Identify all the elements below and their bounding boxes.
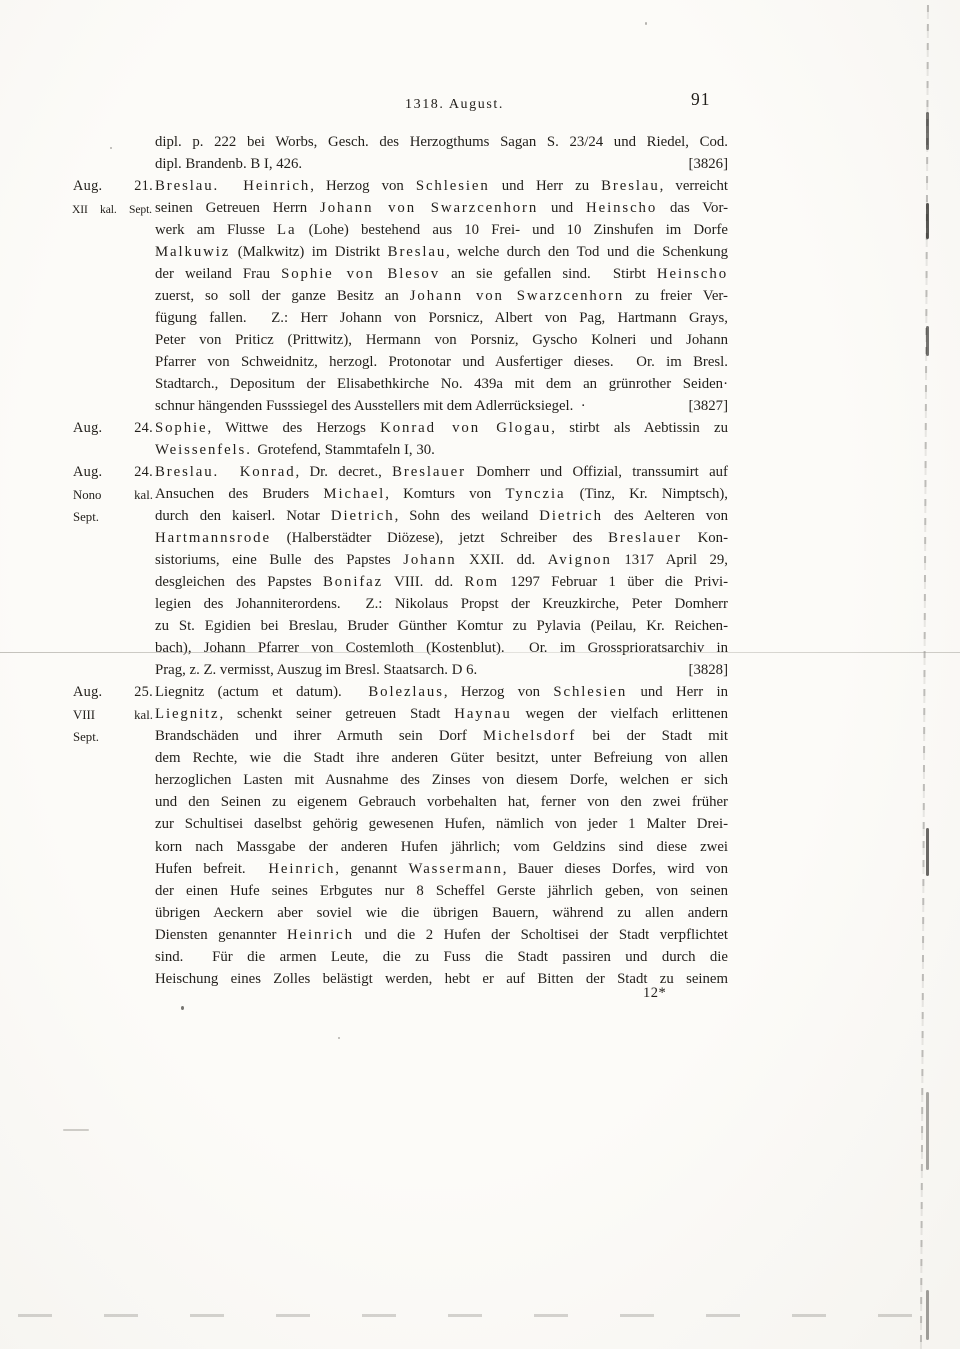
line-text: durch den kaiserl. Notar Dietrich, Sohn … [155,508,728,524]
text-line: sind. Für die armen Leute, die zu Fuss d… [155,946,728,968]
text-line: legien des Johanniterordens. Z.: Nikolau… [155,593,728,615]
letterspaced-name: Wassermann [409,861,503,877]
line-text: Breslau. Konrad, Dr. decret., Breslauer … [155,464,728,480]
line-text: dipl. p. 222 bei Worbs, Gesch. des Herzo… [155,134,728,150]
entry-ref-number: [3828] [681,659,728,681]
letterspaced-name: Haynau [454,706,511,722]
running-title: 1318. August. [168,97,741,113]
text-line: Aug. 21.Breslau. Heinrich, Herzog von Sc… [155,175,728,197]
letterspaced-name: Heinrich [287,927,354,943]
scan-artifact-speck [645,22,647,25]
text-line: Sept.Brandschäden und ihrer Armuth sein … [155,725,728,747]
text-line: dipl. Brandenb. B I, 426.[3826] [155,153,728,175]
text-line: Pfarrer von Schweidnitz, herzogl. Proton… [155,351,728,373]
letterspaced-name: La [277,222,296,238]
letterspaced-name: Heinscho [657,266,728,282]
letterspaced-name: Johann von Swarzcenhorn [410,288,624,304]
letterspaced-name: Rom [464,574,498,590]
letterspaced-name: Heinrich [243,178,310,194]
line-text: Prag, z. Z. vermisst, Auszug im Bresl. S… [155,659,477,681]
line-text: korn nach Massgabe der anderen Hufen jäh… [155,839,728,855]
line-text: Brandschäden und ihrer Armuth sein Dorf … [155,728,728,744]
text-line: Malkuwiz (Malkwitz) im Distrikt Breslau,… [155,241,728,263]
text-line: Peter von Priticz (Prittwitz), Hermann v… [155,329,728,351]
text-line: zur Schultisei daselbst gehörig gewesene… [155,813,728,835]
letterspaced-name: Heinrich [268,861,335,877]
text-line: Hufen befreit. Heinrich, genannt Wasserm… [155,858,728,880]
margin-date-label: Aug. 24. [73,461,153,483]
scan-artifact-vertical-segment [926,828,929,876]
text-line: Diensten genannter Heinrich und die 2 Hu… [155,924,728,946]
line-text: zuerst, so soll der ganze Besitz an Joha… [155,288,728,304]
margin-kalends-label: Sept. [73,726,153,748]
letterspaced-name: Dietrich [331,508,395,524]
margin-kalends-label: Sept. [73,506,153,528]
text-line: fügung fallen. Z.: Herr Johann von Porsn… [155,307,728,329]
margin-date-label: Aug. 21. [73,175,153,197]
line-text: legien des Johanniterordens. Z.: Nikolau… [155,596,728,612]
letterspaced-name: Sophie [155,420,208,436]
letterspaced-name: Breslauer [392,464,466,480]
scan-artifact-speck [338,1037,340,1039]
line-text: Peter von Priticz (Prittwitz), Hermann v… [155,332,728,348]
line-text: schnur hängenden Fusssiegel des Ausstell… [155,395,586,417]
margin-kalends-label: Nono kal. [73,484,153,506]
scan-artifact-speck [63,1129,89,1131]
line-text: und den Seinen zu eigenem Gebrauch vorbe… [155,794,728,810]
margin-kalends-label: VIII kal. [73,704,153,726]
line-text: Pfarrer von Schweidnitz, herzogl. Proton… [155,354,728,370]
line-text: desgleichen des Papstes Bonifaz VIII. dd… [155,574,728,590]
letterspaced-name: Breslau. [155,464,219,480]
letterspaced-name: Konrad [240,464,296,480]
line-text: der weiland Frau Sophie von Blesov an si… [155,266,728,282]
entry-ref-number: [3827] [681,395,728,417]
line-text: zu St. Egidien bei Breslau, Bruder Günth… [155,618,728,634]
line-text: Weissenfels. Grotefend, Stammtafeln I, 3… [155,442,435,458]
entry-ref-number: [3826] [681,153,728,175]
line-text: sind. Für die armen Leute, die zu Fuss d… [155,949,728,965]
text-line: Hartmannsrode (Halberstädter Diözese), j… [155,527,728,549]
letterspaced-name: Schlesien [553,684,627,700]
line-text: Diensten genannter Heinrich und die 2 Hu… [155,927,728,943]
letterspaced-name: Bonifaz [323,574,383,590]
letterspaced-name: Liegnitz [155,706,220,722]
letterspaced-name: Bolezlaus [368,684,443,700]
text-line: der weiland Frau Sophie von Blesov an si… [155,263,728,285]
scan-artifact-vertical-segment [926,1092,929,1170]
letterspaced-name: Breslau. [155,178,219,194]
text-line: Sept.durch den kaiserl. Notar Dietrich, … [155,505,728,527]
line-text: übrigen Aeckern aber soviel wie die übri… [155,905,728,921]
text-line: VIII kal.Liegnitz, schenkt seiner getreu… [155,703,728,725]
scan-artifact-vertical-segment [926,203,929,239]
margin-kalends-label: XII kal. Sept. [72,199,152,221]
text-line: werk am Flusse La (Lohe) bestehend aus 1… [155,219,728,241]
line-text: Malkuwiz (Malkwitz) im Distrikt Breslau,… [155,244,728,260]
line-text: Ansuchen des Bruders Michael, Komturs vo… [155,486,728,502]
letterspaced-name: Johann von Swarzcenhorn [320,200,538,216]
letterspaced-name: Michael [323,486,385,502]
letterspaced-name: Johann [403,552,456,568]
line-text: Stadtarch., Depositum der Elisabethkirch… [155,376,728,392]
text-line: dipl. p. 222 bei Worbs, Gesch. des Herzo… [155,131,728,153]
line-text: dipl. Brandenb. B I, 426. [155,153,302,175]
page-number: 91 [691,89,711,110]
text-line: Nono kal.Ansuchen des Bruders Michael, K… [155,483,728,505]
scanned-book-page: { "page": { "running_title": "1318. Augu… [0,0,960,1349]
letterspaced-name: Konrad von Glogau [380,420,551,436]
scan-artifact-speck [110,147,112,149]
line-text: Hufen befreit. Heinrich, genannt Wasserm… [155,861,728,877]
text-line: Aug. 25.Liegnitz (actum et datum). Bolez… [155,681,728,703]
text-line: XII kal. Sept.seinen Getreuen Herrn Joha… [155,197,728,219]
line-text: bach), Johann Pfarrer von Costemloth (Ko… [155,640,728,656]
text-line: übrigen Aeckern aber soviel wie die übri… [155,902,728,924]
text-line: Aug. 24.Sophie, Wittwe des Herzogs Konra… [155,417,728,439]
letterspaced-name: Weissenfels [155,442,246,458]
line-text: Liegnitz (actum et datum). Bolezlaus, He… [155,684,728,700]
scan-artifact-fold-line [0,652,960,653]
text-line: Stadtarch., Depositum der Elisabethkirch… [155,373,728,395]
letterspaced-name: Sophie von Blesov [281,266,440,282]
margin-date-label: Aug. 24. [73,417,153,439]
letterspaced-name: Heinscho [586,200,657,216]
letterspaced-name: Breslau [388,244,447,260]
letterspaced-name: Breslau [601,178,660,194]
scan-artifact-bottom-smudge [18,1314,943,1317]
text-line: sistoriums, eine Bulle des Papstes Johan… [155,549,728,571]
text-line: zuerst, so soll der ganze Besitz an Joha… [155,285,728,307]
line-text: seinen Getreuen Herrn Johann von Swarzce… [155,200,728,216]
line-text: Hartmannsrode (Halberstädter Diözese), j… [155,530,728,546]
scan-artifact-vertical-segment [926,326,929,356]
text-line: Weissenfels. Grotefend, Stammtafeln I, 3… [155,439,728,461]
scan-artifact-vertical-segment [926,112,929,150]
text-line: dem Rechte, wie die Stadt ihre anderen G… [155,747,728,769]
letterspaced-name: Tynczia [506,486,566,502]
letterspaced-name: Dietrich [539,508,603,524]
line-text: Liegnitz, schenkt seiner getreuen Stadt … [155,706,728,722]
line-text: Breslau. Heinrich, Herzog von Schlesien … [155,178,728,194]
text-line: herzoglichen Lasten mit Ausnahme des Zin… [155,769,728,791]
line-text: werk am Flusse La (Lohe) bestehend aus 1… [155,222,728,238]
line-text: der einen Hufe seines Erbgutes nur 8 Sch… [155,883,728,899]
letterspaced-name: Malkuwiz [155,244,230,260]
text-line: und den Seinen zu eigenem Gebrauch vorbe… [155,791,728,813]
text-block: dipl. p. 222 bei Worbs, Gesch. des Herzo… [155,131,728,990]
margin-date-label: Aug. 25. [73,681,153,703]
scan-artifact-speck [181,1006,184,1010]
text-line: schnur hängenden Fusssiegel des Ausstell… [155,395,728,417]
text-line: Prag, z. Z. vermisst, Auszug im Bresl. S… [155,659,728,681]
letterspaced-name: Schlesien [416,178,490,194]
letterspaced-name: Breslauer [608,530,682,546]
letterspaced-name: Hartmannsrode [155,530,271,546]
text-line: zu St. Egidien bei Breslau, Bruder Günth… [155,615,728,637]
printer-signature-mark: 12* [643,985,666,1002]
line-text: herzoglichen Lasten mit Ausnahme des Zin… [155,772,728,788]
line-text: Sophie, Wittwe des Herzogs Konrad von Gl… [155,420,728,436]
letterspaced-name: Avignon [548,552,612,568]
line-text: dem Rechte, wie die Stadt ihre anderen G… [155,750,728,766]
line-text: zur Schultisei daselbst gehörig gewesene… [155,816,728,832]
line-text: fügung fallen. Z.: Herr Johann von Porsn… [155,310,728,326]
letterspaced-name: Michelsdorf [483,728,576,744]
text-line: bach), Johann Pfarrer von Costemloth (Ko… [155,637,728,659]
text-line: desgleichen des Papstes Bonifaz VIII. dd… [155,571,728,593]
line-text: sistoriums, eine Bulle des Papstes Johan… [155,552,728,568]
text-line: korn nach Massgabe der anderen Hufen jäh… [155,836,728,858]
text-line: Aug. 24.Breslau. Konrad, Dr. decret., Br… [155,461,728,483]
text-line: der einen Hufe seines Erbgutes nur 8 Sch… [155,880,728,902]
